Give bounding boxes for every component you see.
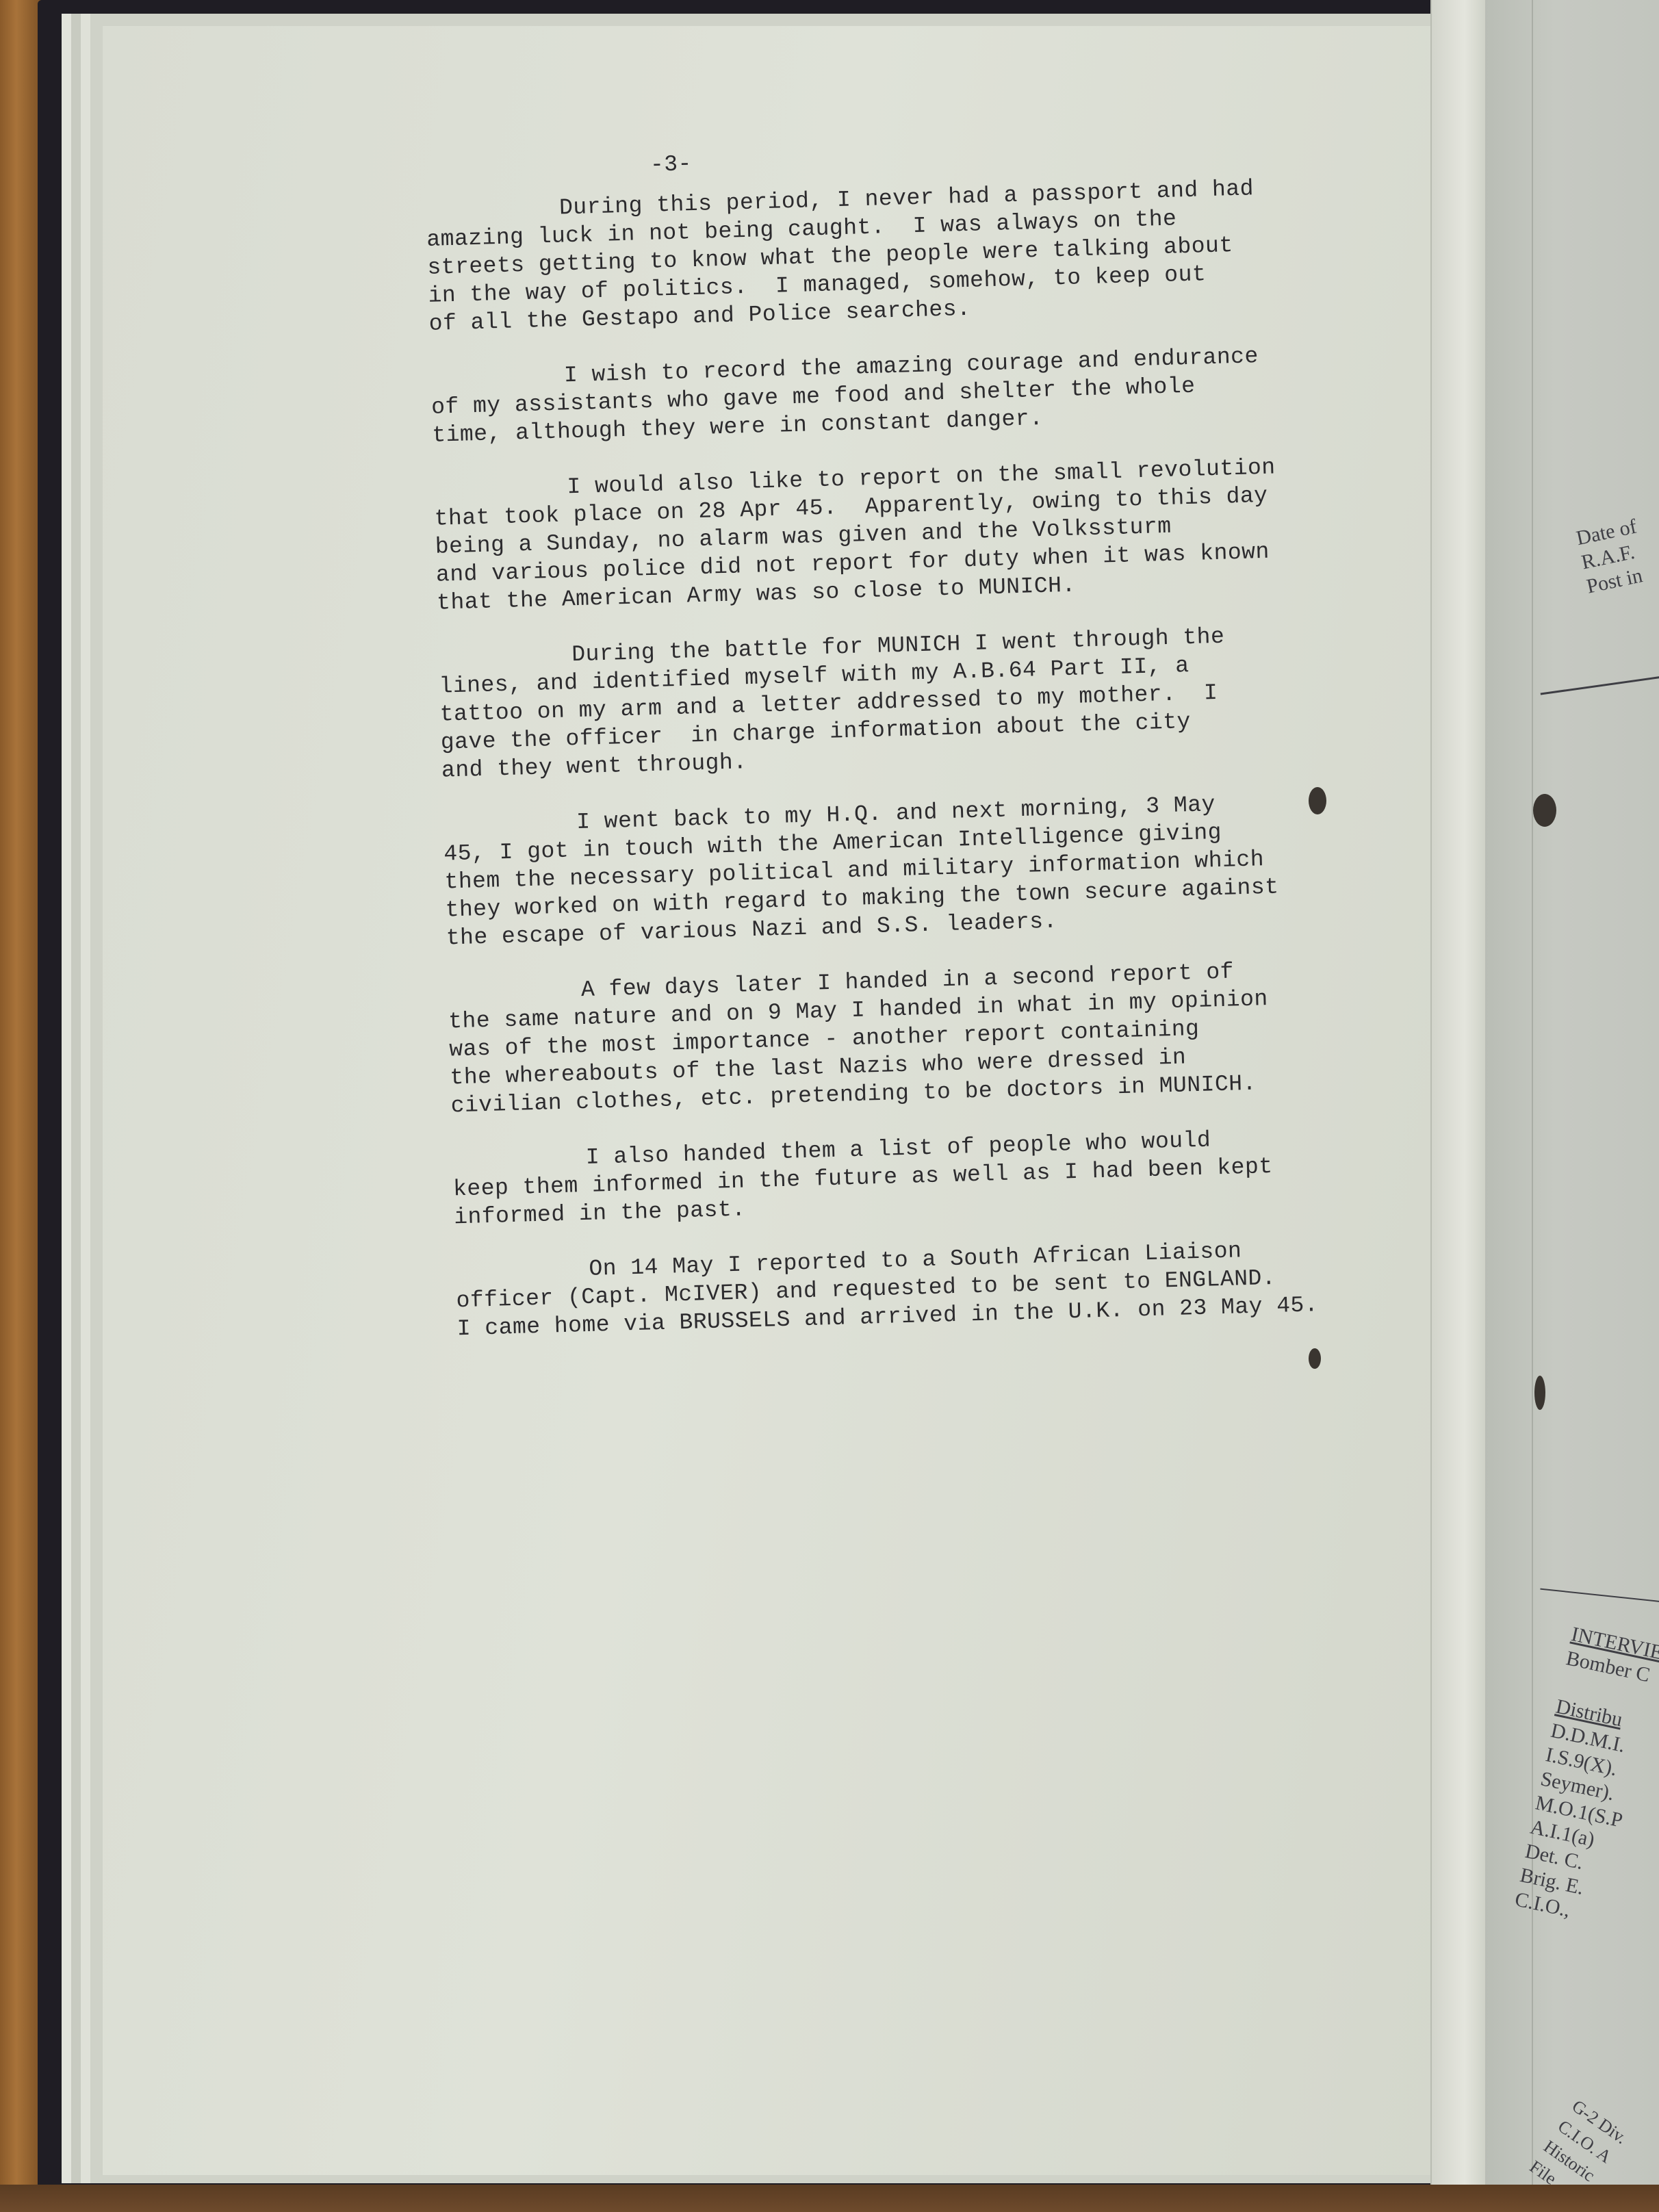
paragraph: I went back to my H.Q. and next morning,… xyxy=(443,787,1336,952)
punch-hole xyxy=(1533,794,1556,827)
paragraph: During this period, I never had a passpo… xyxy=(426,173,1319,338)
typed-report: -3- During this period, I never had a pa… xyxy=(424,133,1348,1371)
report-body: During this period, I never had a passpo… xyxy=(426,173,1347,1343)
paragraph: A few days later I handed in a second re… xyxy=(448,955,1341,1120)
wooden-table-left xyxy=(0,0,41,2212)
paragraph: I also handed them a list of people who … xyxy=(452,1122,1343,1231)
wooden-table-bottom xyxy=(0,2185,1659,2212)
paragraph: During the battle for MUNICH I went thro… xyxy=(438,619,1331,784)
paragraph: I would also like to report on the small… xyxy=(433,452,1326,617)
punch-hole xyxy=(1534,1376,1545,1410)
page-fold-edge xyxy=(1430,0,1487,2212)
paragraph: I wish to record the amazing courage and… xyxy=(430,341,1322,450)
punch-hole xyxy=(1309,1348,1321,1369)
paragraph: On 14 May I reported to a South African … xyxy=(455,1234,1347,1343)
